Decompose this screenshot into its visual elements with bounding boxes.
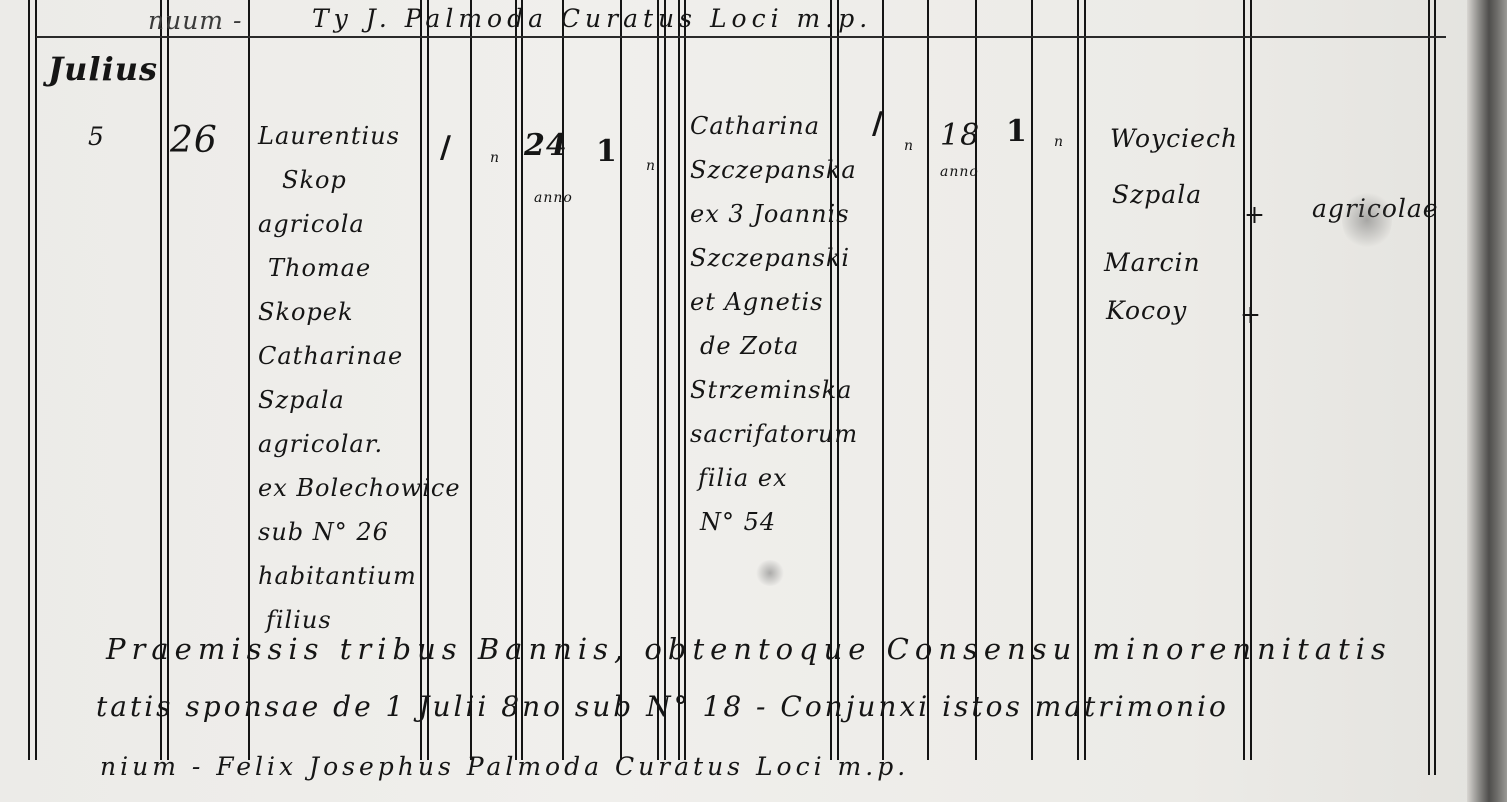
bride-status-mark: / [872, 106, 884, 141]
column-rule [35, 0, 37, 760]
groom-status-mark: n [646, 158, 656, 174]
entry-number: 26 [170, 120, 218, 161]
bride-age-unit: anno [940, 164, 979, 180]
top-signature-continuation: Ty J. Palmoda Curatus Loci m.p. [312, 4, 872, 33]
groom-line: Skopek [258, 298, 461, 342]
groom-line: Skop [258, 166, 461, 210]
bride-line: Szczepanska [690, 156, 858, 200]
bride-line: N° 54 [690, 508, 858, 552]
witness-1-cross: + [1244, 200, 1266, 229]
witness-1-surname: Szpala [1112, 180, 1202, 209]
groom-status-mark: 1 [596, 134, 618, 169]
groom-status-mark: / [440, 130, 452, 165]
bride-details: Catharina Szczepanska ex 3 Joannis Szcze… [690, 112, 858, 552]
bride-line: et Agnetis [690, 288, 858, 332]
ink-stain [1342, 190, 1392, 250]
bride-line: ex 3 Joannis [690, 200, 858, 244]
footer-note-line-1: Praemissis tribus Bannis, obtentoque Con… [106, 632, 1392, 666]
row-rule [36, 36, 1446, 38]
groom-age-unit: anno [534, 190, 573, 206]
groom-line: Thomae [258, 254, 461, 298]
bride-status-mark: n [904, 138, 914, 154]
bride-line: Catharina [690, 112, 858, 156]
groom-age: 24 [524, 128, 568, 163]
top-fragment: nuum - [148, 6, 242, 35]
column-rule [1434, 0, 1436, 775]
entry-day: 5 [88, 122, 105, 151]
bride-line: Strzeminska [690, 376, 858, 420]
groom-line: sub N° 26 [258, 518, 461, 562]
groom-details: Laurentius Skop agricola Thomae Skopek C… [258, 122, 461, 650]
column-rule [1428, 0, 1430, 775]
column-rule [28, 0, 30, 760]
groom-line: ex Bolechowice [258, 474, 461, 518]
bride-line: filia ex [690, 464, 858, 508]
entry-month: Julius [48, 50, 158, 88]
footer-note-line-2: tatis sponsae de 1 Julii 8no sub N° 18 -… [96, 690, 1229, 723]
groom-line: habitantium [258, 562, 461, 606]
footer-note-line-3: nium - Felix Josephus Palmoda Curatus Lo… [100, 752, 909, 781]
bride-line: sacrifatorum [690, 420, 858, 464]
groom-line: Laurentius [258, 122, 461, 166]
bride-status-mark: n [1054, 134, 1064, 150]
groom-line: Szpala [258, 386, 461, 430]
ink-stain [755, 560, 785, 586]
bride-line: Szczepanski [690, 244, 858, 288]
groom-status-mark: n [490, 150, 500, 166]
bride-age: 18 [940, 118, 980, 153]
witness-2-surname: Kocoy [1106, 296, 1187, 325]
register-page: nuum - Ty J. Palmoda Curatus Loci m.p. J… [0, 0, 1480, 802]
groom-line: agricolar. [258, 430, 461, 474]
witness-2-first-name: Marcin [1104, 248, 1201, 277]
witness-2-cross: + [1240, 300, 1262, 329]
bride-line: de Zota [690, 332, 858, 376]
groom-line: agricola [258, 210, 461, 254]
witness-1-first-name: Woyciech [1110, 124, 1238, 153]
book-binding-edge [1467, 0, 1507, 802]
groom-line: Catharinae [258, 342, 461, 386]
bride-status-mark: 1 [1006, 114, 1028, 149]
